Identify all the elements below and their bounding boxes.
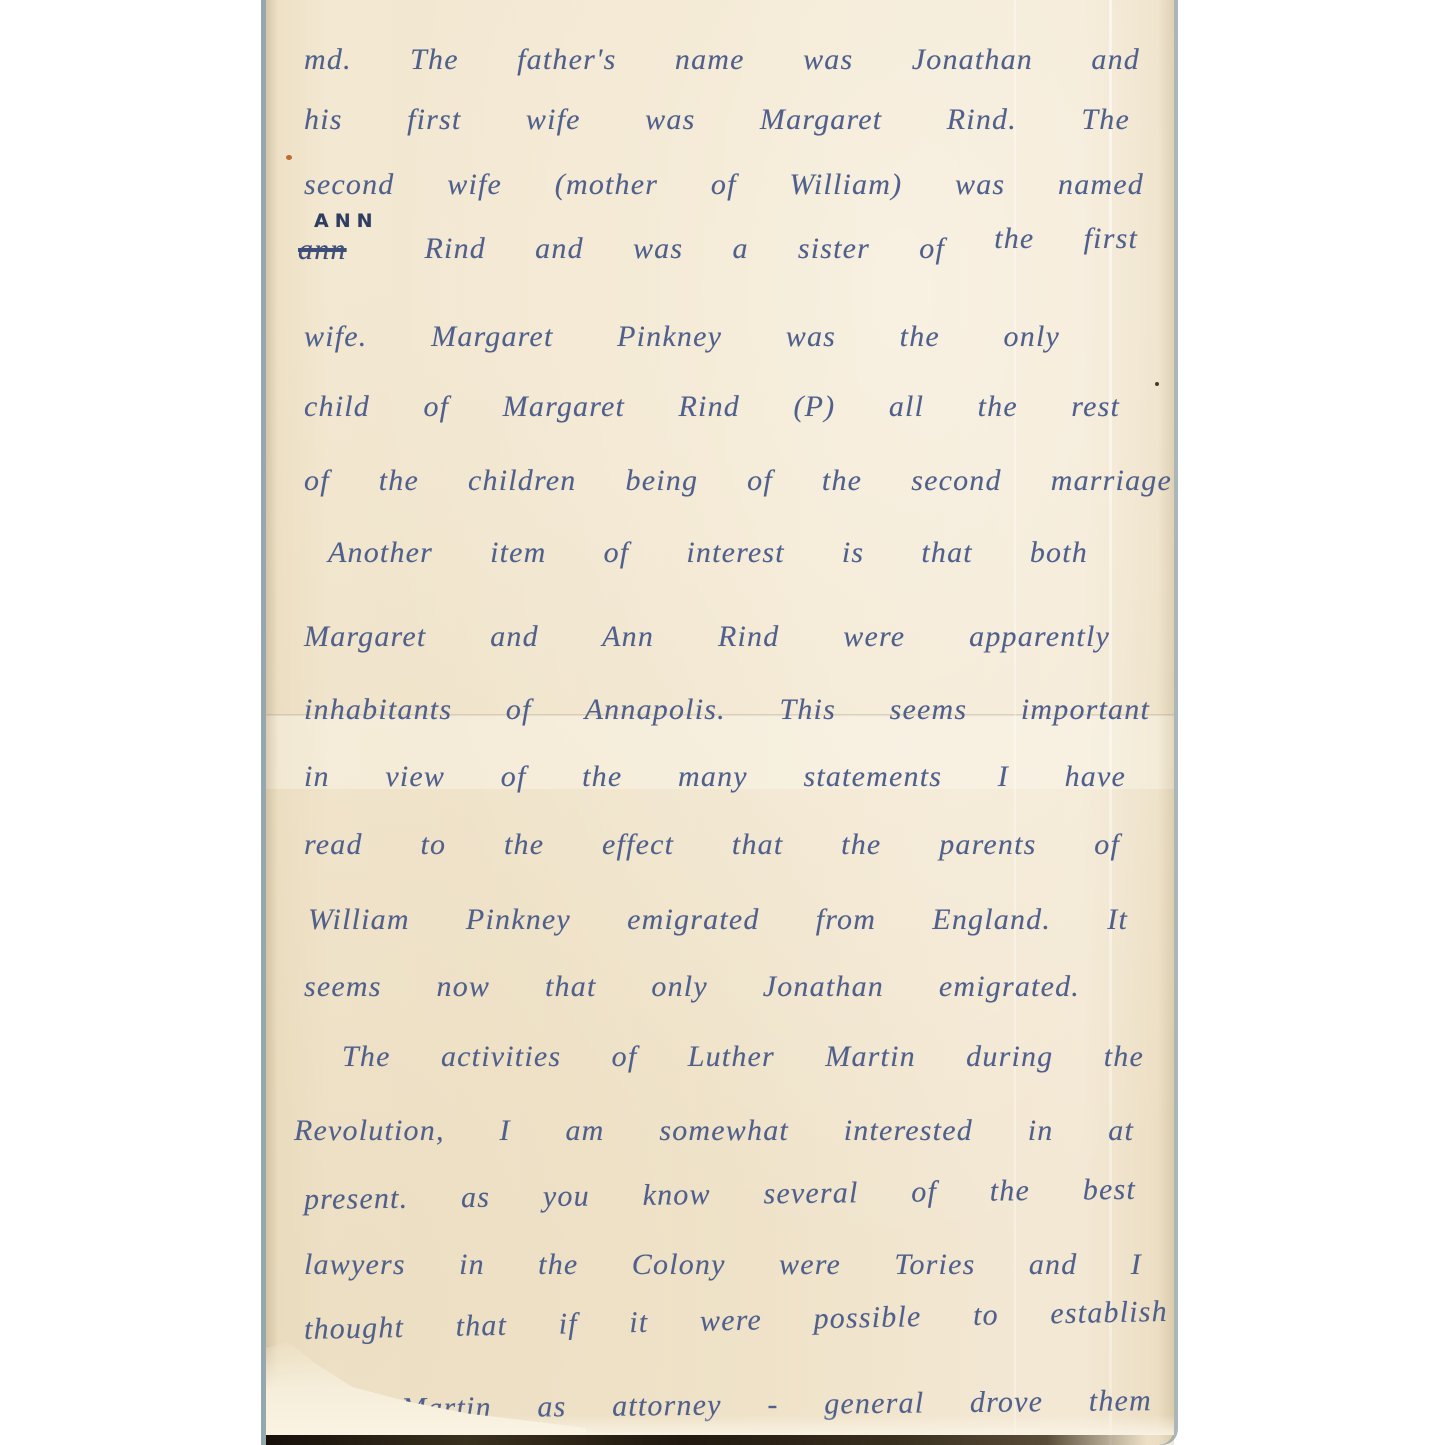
- letter-line-16: Revolution, I am somewhat interested in …: [294, 1112, 1134, 1150]
- letter-line-11: in view of the many statements I have: [304, 758, 1126, 796]
- letter-line-17: present. as you know several of the best: [304, 1171, 1136, 1219]
- letter-line-7: of the children being of the second marr…: [304, 462, 1172, 500]
- ink-speck: [1155, 382, 1159, 386]
- letter-line-1: md. The father's name was Jonathan and: [304, 41, 1140, 79]
- paper-bottom-edge: [266, 1435, 1174, 1445]
- correction-block: ANN ann: [298, 210, 379, 268]
- letter-line-19: thought that if it were possible to esta…: [304, 1293, 1169, 1349]
- letter-line-2: his first wife was Margaret Rind. The: [304, 101, 1130, 139]
- letter-line-6: child of Margaret Rind (P) all the rest: [304, 388, 1120, 426]
- letter-line-3: second wife (mother of William) was name…: [304, 166, 1144, 204]
- paper-left-shading: [266, 0, 278, 1445]
- letter-line-14: seems now that only Jonathan emigrated.: [304, 968, 1080, 1006]
- letter-line-5: wife. Margaret Pinkney was the only: [304, 318, 1060, 356]
- correction-struck-word: ann: [298, 232, 379, 268]
- scanned-letter-canvas: md. The father's name was Jonathan and h…: [0, 0, 1445, 1445]
- ink-speck: [286, 155, 292, 160]
- letter-line-9: Margaret and Ann Rind were apparently: [304, 618, 1110, 656]
- letter-page: md. The father's name was Jonathan and h…: [266, 0, 1174, 1445]
- letter-line-8: Another item of interest is that both: [328, 534, 1088, 572]
- letter-line-13: William Pinkney emigrated from England. …: [308, 901, 1128, 939]
- paper-right-shading: [1158, 0, 1174, 1445]
- letter-line-10: inhabitants of Annapolis. This seems imp…: [304, 691, 1150, 729]
- letter-line-18: lawyers in the Colony were Tories and I: [304, 1246, 1142, 1284]
- letter-line-4-raised-part: the first: [994, 222, 1138, 255]
- letter-line-4-part: Rind and was a sister of: [425, 232, 945, 265]
- letter-line-12: read to the effect that the parents of: [304, 826, 1120, 864]
- letter-line-4-text: Rind and was a sister of the first: [425, 230, 1138, 268]
- letter-line-4: ANN ann Rind and was a sister of the fir…: [298, 210, 1138, 268]
- letter-line-15: The activities of Luther Martin during t…: [342, 1038, 1144, 1076]
- correction-printed-text: ANN: [314, 210, 379, 232]
